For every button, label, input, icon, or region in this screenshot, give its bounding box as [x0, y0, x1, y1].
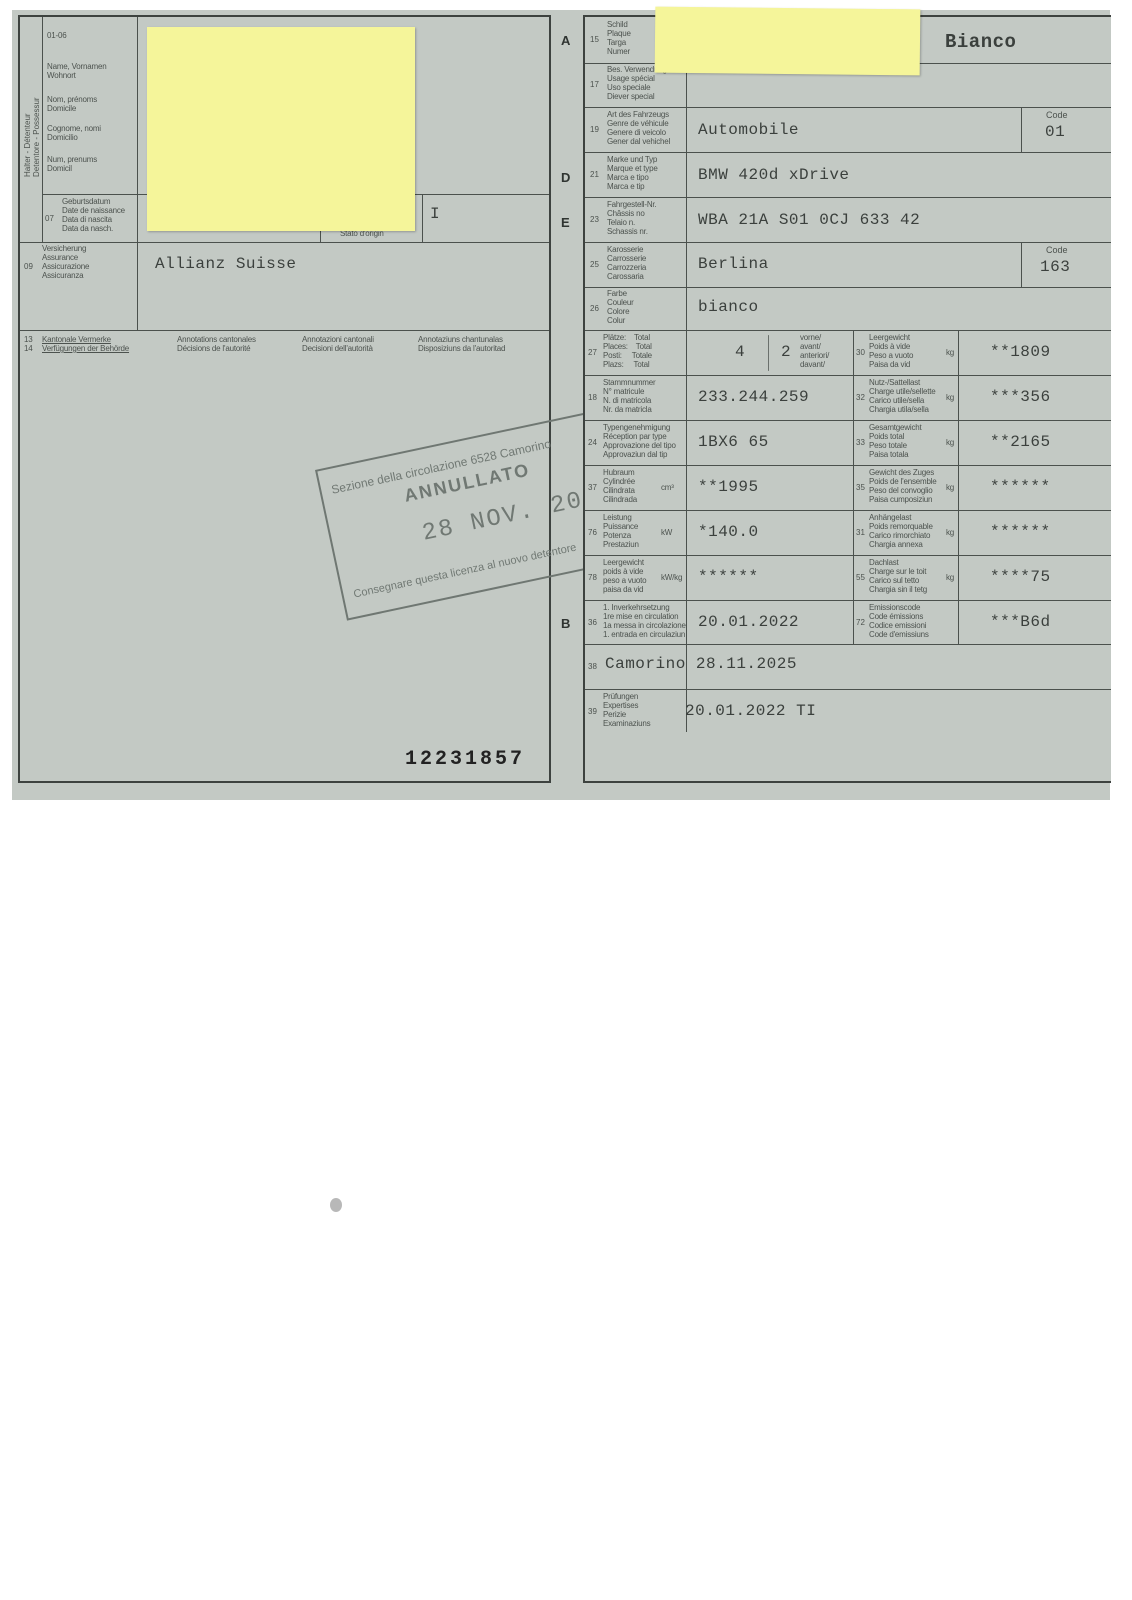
grid-left-label: 1. Inverkehrsetzung 1re mise en circulat…	[603, 603, 686, 639]
grid-right-unit: kg	[946, 393, 954, 402]
row-15-label: Schild Plaque Targa Numer	[607, 20, 631, 56]
annotations-it: Annotazioni cantonali Decisioni dell'aut…	[302, 335, 374, 353]
grid-right-number: 32	[856, 393, 865, 402]
grid-left-value: 1BX6 65	[698, 433, 769, 451]
grid-left-label: Leistung Puissance Potenza Prestaziun	[603, 513, 639, 549]
row-26-label: Farbe Couleur Colore Colur	[607, 289, 634, 325]
front-seats-value: 2	[781, 343, 791, 361]
row-21-label: Marke und Typ Marque et type Marca e tip…	[607, 155, 658, 191]
grid-left-label: Leergewicht poids à vide peso a vuoto pa…	[603, 558, 646, 594]
grid-right-unit: kg	[946, 483, 954, 492]
grid-right-unit: kg	[946, 438, 954, 447]
grid-left-number: 24	[588, 438, 597, 447]
grid-right-number: 55	[856, 573, 865, 582]
field-39-number: 39	[588, 707, 597, 716]
grid-right-value: **2165	[990, 433, 1051, 451]
grid-left-label: Hubraum Cylindrée Cilindrata Cilindrada	[603, 468, 637, 504]
redaction-sticky-note-plate	[655, 7, 921, 76]
row-25-number: 25	[590, 260, 599, 269]
serial-number: 12231857	[405, 748, 525, 771]
field-39-label: Prüfungen Expertises Perizie Examinaziun…	[603, 692, 650, 728]
place-date-value: Camorino 28.11.2025	[605, 655, 797, 673]
row-25-label: Karosserie Carrosserie Carrozzeria Caros…	[607, 245, 646, 281]
field-01-06-number: 01-06	[47, 31, 66, 40]
grid-right-number: 33	[856, 438, 865, 447]
grid-right-label: Gesamtgewicht Poids total Peso totale Pa…	[869, 423, 922, 459]
grid-right-number: 31	[856, 528, 865, 537]
row-23-number: 23	[590, 215, 599, 224]
front-seats-label: vorne/ avant/ anteriori/ davant/	[800, 333, 829, 369]
field-09-label: Versicherung Assurance Assicurazione Ass…	[42, 244, 89, 280]
field-01-06-label-de: Name, Vornamen Wohnort	[47, 62, 106, 80]
grid-left-number: 27	[588, 348, 597, 357]
row-19-label: Art des Fahrzeugs Genre de véhicule Gene…	[607, 110, 670, 146]
annotations-rm: Annotaziuns chantunalas Disposiziuns da …	[418, 335, 505, 353]
annotations-de: Kantonale Vermerke Verfügungen der Behör…	[42, 335, 129, 353]
plate-value: Bianco	[945, 31, 1016, 53]
grid-left-value: 233.244.259	[698, 388, 809, 406]
annotations-fr: Annotations cantonales Décisions de l'au…	[177, 335, 256, 353]
field-13-14-numbers: 13 14	[24, 335, 33, 353]
body-type-value: Berlina	[698, 255, 769, 273]
grid-left-unit: kW/kg	[661, 573, 682, 582]
grid-left-label: Stammnummer N° matricule N. di matricola…	[603, 378, 655, 414]
grid-right-label: Gewicht des Zuges Poids de l'ensemble Pe…	[869, 468, 937, 504]
grid-left-value: *140.0	[698, 523, 759, 541]
row-19-number: 19	[590, 125, 599, 134]
grid-left-value: 20.01.2022	[698, 613, 799, 631]
origin-value: I	[430, 205, 440, 223]
grid-left-unit: kW	[661, 528, 672, 537]
grid-right-label: Nutz-/Sattellast Charge utile/sellette C…	[869, 378, 936, 414]
body-type-code-label: Code	[1046, 245, 1068, 255]
grid-right-unit: kg	[946, 348, 954, 357]
grid-right-unit: kg	[946, 573, 954, 582]
grid-right-number: 35	[856, 483, 865, 492]
vehicle-type-code-label: Code	[1046, 110, 1068, 120]
grid-left-value: 4	[735, 343, 745, 361]
grid-right-number: 30	[856, 348, 865, 357]
grid-left-number: 36	[588, 618, 597, 627]
grid-left-side: B	[561, 616, 570, 631]
inspection-value: 20.01.2022 TI	[685, 702, 816, 720]
row-23-side: E	[561, 215, 570, 230]
field-38-number: 38	[588, 662, 597, 671]
field-07-label: Geburtsdatum Date de naissance Data di n…	[62, 197, 125, 233]
grid-right-value: ****75	[990, 568, 1051, 586]
grid-left-number: 18	[588, 393, 597, 402]
grid-right-value: ***B6d	[990, 613, 1051, 631]
grid-right-value: **1809	[990, 343, 1051, 361]
row-26-number: 26	[590, 304, 599, 313]
grid-right-unit: kg	[946, 528, 954, 537]
field-09-number: 09	[24, 262, 33, 271]
grid-left-value: ******	[698, 568, 759, 586]
color-value: bianco	[698, 298, 759, 316]
field-01-06-label-rm: Num, prenums Domicil	[47, 155, 97, 173]
grid-right-value: ******	[990, 478, 1051, 496]
grid-right-value: ***356	[990, 388, 1051, 406]
grid-left-number: 37	[588, 483, 597, 492]
row-23-label: Fahrgestell-Nr. Châssis no Telaio n. Sch…	[607, 200, 656, 236]
make-model-value: BMW 420d xDrive	[698, 166, 850, 184]
field-01-06-label-fr: Nom, prénoms Domicile	[47, 95, 97, 113]
grid-left-number: 78	[588, 573, 597, 582]
vehicle-type-value: Automobile	[698, 121, 799, 139]
body-type-code: 163	[1040, 258, 1070, 276]
grid-left-label: Typengenehmigung Réception par type Appr…	[603, 423, 676, 459]
grid-left-number: 76	[588, 528, 597, 537]
redaction-sticky-note-holder	[147, 27, 415, 231]
grid-right-value: ******	[990, 523, 1051, 541]
grid-right-label: Dachlast Charge sur le toit Carico sul t…	[869, 558, 927, 594]
chassis-number-value: WBA 21A S01 0CJ 633 42	[698, 211, 920, 229]
grid-left-label: Plätze: Total Places: Total Posti: Total…	[603, 333, 652, 369]
row-15-number: 15	[590, 35, 599, 44]
row-21-number: 21	[590, 170, 599, 179]
row-17-number: 17	[590, 80, 599, 89]
grid-right-label: Emissionscode Code émissions Codice emis…	[869, 603, 929, 639]
grid-right-label: Anhängelast Poids remorquable Carico rim…	[869, 513, 933, 549]
row-15-side: A	[561, 33, 570, 48]
scan-smudge	[330, 1198, 342, 1212]
field-07-number: 07	[45, 214, 54, 223]
row-21-side: D	[561, 170, 570, 185]
field-01-06-label-it: Cognome, nomi Domicilio	[47, 124, 101, 142]
grid-left-unit: cm³	[661, 483, 674, 492]
grid-right-number: 72	[856, 618, 865, 627]
insurance-value: Allianz Suisse	[155, 255, 296, 273]
holder-side-label: Halter - Détenteur Detentore - Possessur	[23, 97, 41, 177]
vehicle-type-code: 01	[1045, 123, 1065, 141]
vehicle-card: A 15 Schild Plaque Targa Numer Bianco 17…	[583, 15, 1111, 783]
grid-left-value: **1995	[698, 478, 759, 496]
grid-right-label: Leergewicht Poids à vide Peso a vuoto Pa…	[869, 333, 913, 369]
